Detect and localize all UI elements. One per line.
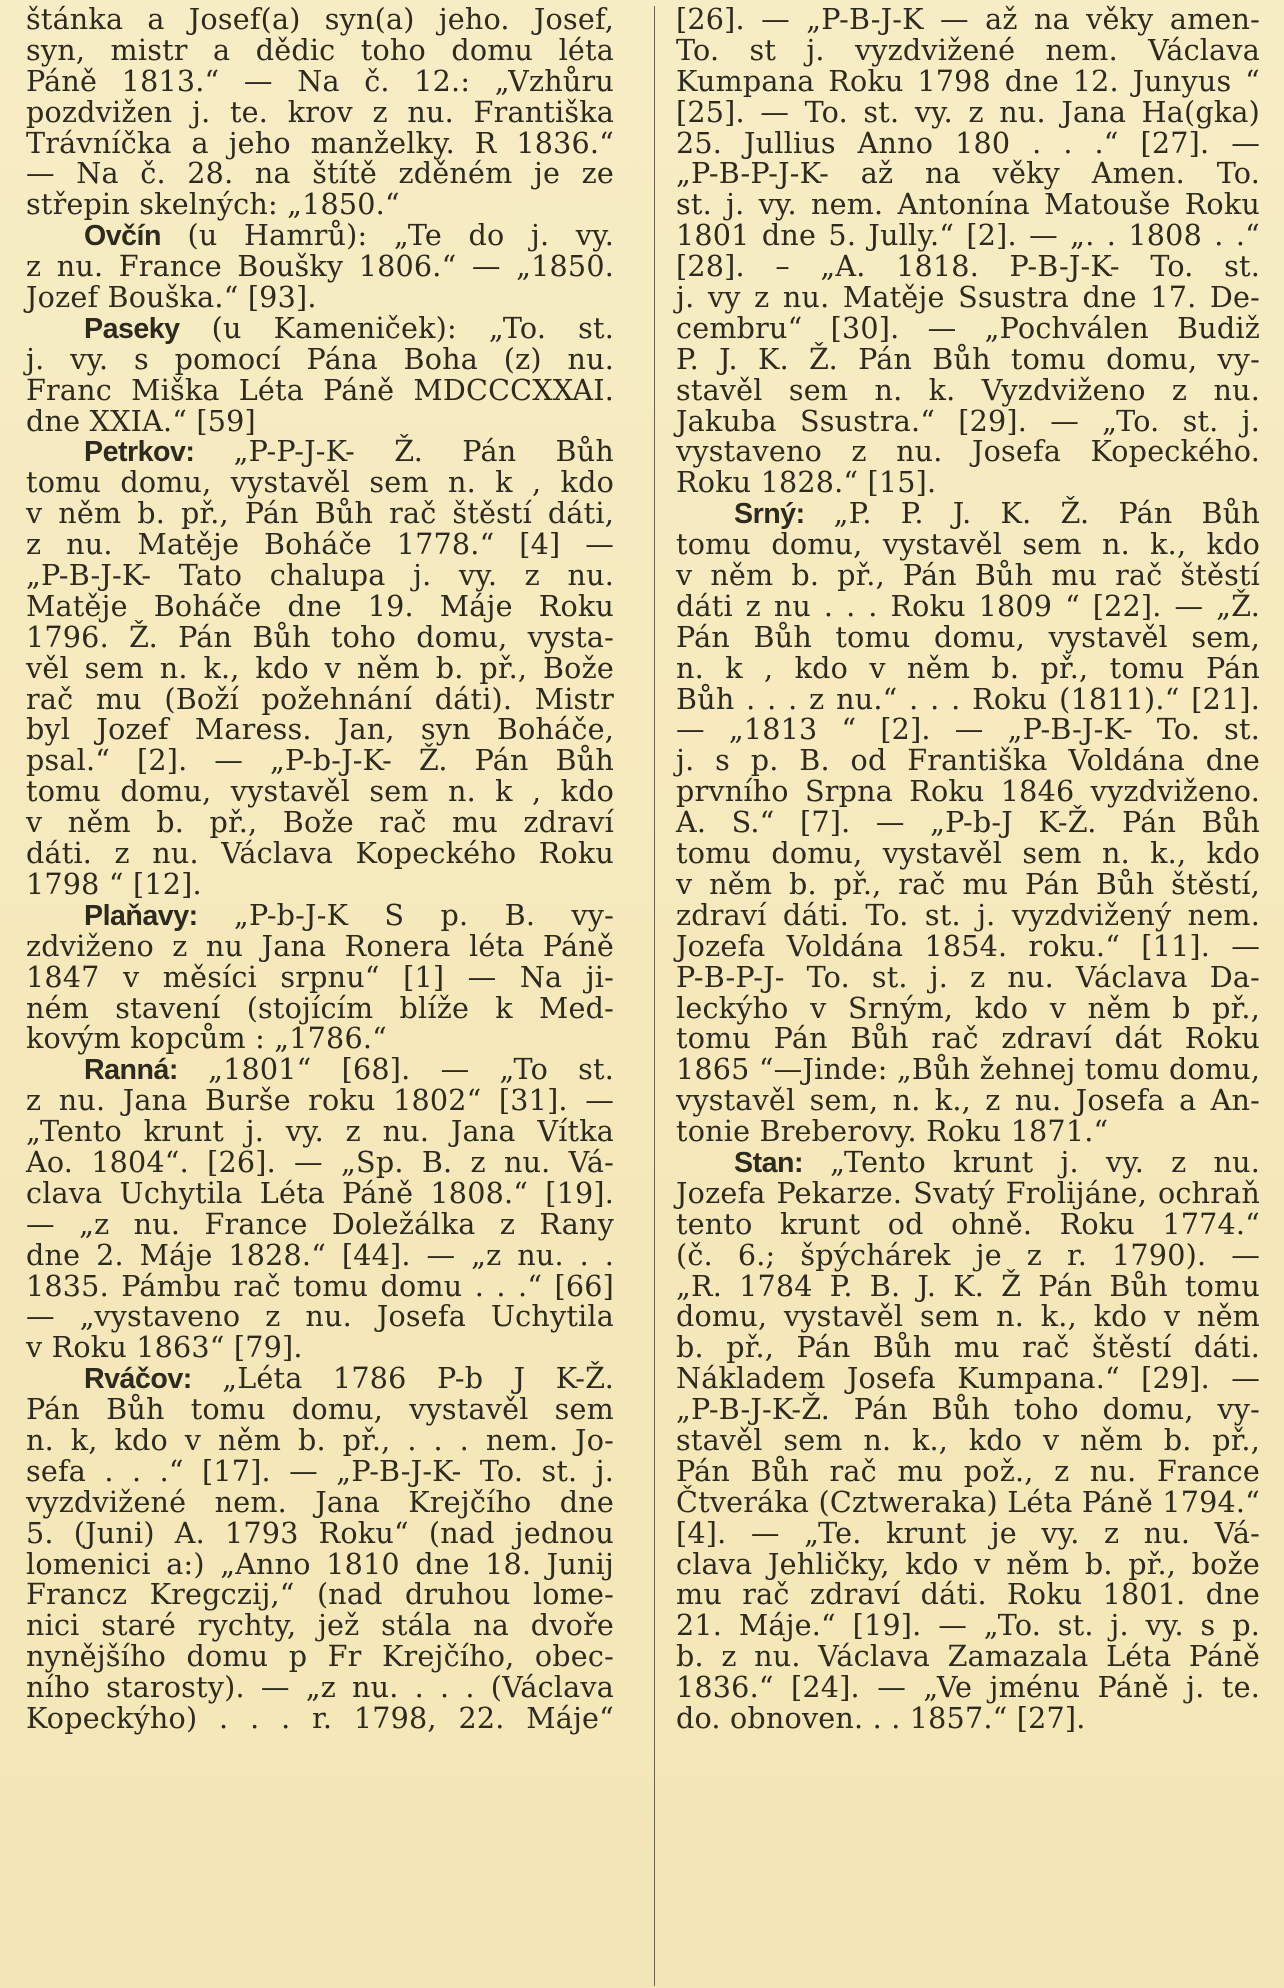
text-line: dáti z nu . . . Roku 1809 “ [22]. — „Ž. (676, 591, 1260, 622)
text-line: zdviženo z nu Jana Ronera léta Páně (26, 931, 614, 962)
line-text: b. z nu. Václava Zamazala Léta Páně (676, 1639, 1260, 1673)
text-line: kovým kopcům : „1786.“ (26, 1023, 614, 1054)
section-heading-line: Srný: „P. P. J. K. Ž. Pán Bůh (676, 498, 1260, 529)
line-text: Kopeckýho) . . . r. 1798, 22. Máje“ (26, 1701, 614, 1735)
line-text: Pán Bůh tomu domu, vystavěl sem (26, 1392, 614, 1426)
text-line: n. k , kdo v něm b. př., tomu Pán (676, 653, 1260, 684)
text-line: v něm b. př., Bože rač mu zdraví (26, 807, 614, 838)
text-line: 1801 dne 5. Jully.“ [2]. — „. . 1808 . .… (676, 220, 1260, 251)
text-line: Pán Bůh rač mu pož., z nu. France (676, 1456, 1260, 1487)
line-text: zdviženo z nu Jana Ronera léta Páně (26, 929, 614, 963)
line-text: (č. 6.; špýchárek je z r. 1790). — (676, 1238, 1260, 1272)
text-line: cembru“ [30]. — „Pochválen Budiž (676, 313, 1260, 344)
text-line: nynějšího domu p Fr Krejčího, obec- (26, 1641, 614, 1672)
line-text: 1801 dne 5. Jully.“ [2]. — „. . 1808 . .… (676, 218, 1260, 252)
line-text: „Léta 1786 P-b J K-Ž. (192, 1361, 614, 1395)
line-text: Franc Miška Léta Páně MDCCCXXAI. (26, 373, 614, 407)
text-line: stavěl sem n. k. Vyzdviženo z nu. (676, 375, 1260, 406)
text-line: — „1813 “ [2]. — „P-B-J-K- To. st. (676, 714, 1260, 745)
line-text: Ao. 1804“. [26]. — „Sp. B. z nu. Vá- (26, 1145, 614, 1179)
text-line: „P-B-J-K- Tato chalupa j. vy. z nu. (26, 560, 614, 591)
line-text: tomu domu, vystavěl sem n. k., kdo (676, 527, 1260, 561)
section-heading-line: Ranná: „1801“ [68]. — „To st. (26, 1054, 614, 1085)
text-line: dáti. z nu. Václava Kopeckého Roku (26, 838, 614, 869)
line-text: j. vy. s pomocí Pána Boha (z) nu. (26, 342, 614, 376)
text-line: štánka a Josef(a) syn(a) jeho. Josef, (26, 4, 614, 35)
text-line: (č. 6.; špýchárek je z r. 1790). — (676, 1240, 1260, 1271)
place-name-keyword: Rváčov: (84, 1363, 192, 1395)
text-line: j. vy z nu. Matěje Ssustra dne 17. De- (676, 282, 1260, 313)
text-line: Jozef Bouška.“ [93]. (26, 282, 614, 313)
line-text: tento krunt od ohně. Roku 1774.“ (676, 1207, 1260, 1241)
line-text: 1836.“ [24]. — „Ve jménu Páně j. te. (676, 1670, 1260, 1704)
line-text: z nu. Jana Burše roku 1802“ [31]. — (26, 1083, 614, 1117)
line-text: z nu. France Boušky 1806.“ — „1850. (26, 249, 614, 283)
line-text: 25. Jullius Anno 180 . . .“ [27]. — (676, 126, 1260, 160)
line-text: 1847 v měsíci srpnu“ [1] — Na ji- (26, 960, 614, 994)
text-line: 25. Jullius Anno 180 . . .“ [27]. — (676, 128, 1260, 159)
line-text: 21. Máje.“ [19]. — „To. st. j. vy. s p. (676, 1608, 1260, 1642)
line-text: — „1813 “ [2]. — „P-B-J-K- To. st. (676, 712, 1260, 746)
line-text: sefa . . .“ [17]. — „P-B-J-K- To. st. j. (26, 1454, 614, 1488)
line-text: „R. 1784 P. B. J. K. Ž Pán Bůh tomu (676, 1269, 1260, 1303)
text-line: dne XXIA.“ [59] (26, 406, 614, 437)
document-page: štánka a Josef(a) syn(a) jeho. Josef,syn… (0, 0, 1284, 1988)
section-heading-line: Ovčín (u Hamrů): „Te do j. vy. (26, 220, 614, 251)
text-column-left: štánka a Josef(a) syn(a) jeho. Josef,syn… (26, 4, 614, 1734)
line-text: Francz Kregczij,“ (nad druhou lome- (26, 1577, 614, 1611)
text-line: Kopeckýho) . . . r. 1798, 22. Máje“ (26, 1703, 614, 1734)
text-line: ném stavení (stojícím blíže k Med- (26, 993, 614, 1024)
text-line: 1796. Ž. Pán Bůh toho domu, vysta- (26, 622, 614, 653)
text-line: clava Uchytila Léta Páně 1808.“ [19]. (26, 1178, 614, 1209)
line-text: dne 2. Máje 1828.“ [44]. — „z nu. . . (26, 1238, 614, 1272)
line-text: Kumpana Roku 1798 dne 12. Junyus “ (676, 64, 1260, 98)
text-line: zdraví dáti. To. st. j. vyzdvižený nem. (676, 900, 1260, 931)
line-text: rač mu (Boží požehnání dáti). Mistr (26, 682, 614, 716)
text-line: P-B-P-J- To. st. j. z nu. Václava Da- (676, 962, 1260, 993)
line-text: dáti z nu . . . Roku 1809 “ [22]. — „Ž. (676, 589, 1260, 623)
text-line: tomu Pán Bůh rač zdraví dát Roku (676, 1023, 1260, 1054)
text-line: Ao. 1804“. [26]. — „Sp. B. z nu. Vá- (26, 1147, 614, 1178)
line-text: — Na č. 28. na štítě zděném je ze (26, 156, 614, 190)
line-text: v něm b. př., Bože rač mu zdraví (26, 805, 614, 839)
text-line: j. vy. s pomocí Pána Boha (z) nu. (26, 344, 614, 375)
text-line: — Na č. 28. na štítě zděném je ze (26, 158, 614, 189)
line-text: Jakuba Ssustra.“ [29]. — „To. st. j. (676, 404, 1260, 438)
text-line: prvního Srpna Roku 1846 vyzdviženo. (676, 776, 1260, 807)
section-heading-line: Paseky (u Kameniček): „To. st. (26, 313, 614, 344)
place-name-keyword: Plaňavy: (84, 900, 198, 932)
text-line: Nákladem Josefa Kumpana.“ [29]. — (676, 1363, 1260, 1394)
line-text: 1796. Ž. Pán Bůh toho domu, vysta- (26, 620, 614, 654)
line-text: „P-B-J-K-Ž. Pán Bůh toho domu, vy- (676, 1392, 1260, 1426)
line-text: syn, mistr a dědic toho domu léta (26, 33, 614, 67)
text-line: Trávníčka a jeho manželky. R 1836.“ (26, 128, 614, 159)
text-line: st. j. vy. nem. Antonína Matouše Roku (676, 189, 1260, 220)
line-text: [25]. — To. st. vy. z nu. Jana Ha(gka) (676, 95, 1260, 129)
line-text: tonie Breberovy. Roku 1871.“ (676, 1114, 1108, 1148)
text-line: [4]. — „Te. krunt je vy. z nu. Vá- (676, 1518, 1260, 1549)
text-line: Bůh . . . z nu.“ . . . Roku (1811).“ [21… (676, 684, 1260, 715)
text-line: v něm b. př., Pán Bůh mu rač štěstí (676, 560, 1260, 591)
text-line: To. st j. vyzdvižené nem. Václava (676, 35, 1260, 66)
line-text: Jozef Bouška.“ [93]. (26, 280, 317, 314)
line-text: věl sem n. k., kdo v něm b. př., Bože (26, 651, 614, 685)
line-text: Čtveráka (Cztweraka) Léta Páně 1794.“ (676, 1485, 1260, 1519)
text-line: střepin skelných: „1850.“ (26, 189, 614, 220)
line-text: do. obnoven. . . 1857.“ [27]. (676, 1701, 1086, 1735)
text-line: v Roku 1863“ [79]. (26, 1332, 614, 1363)
line-text: tomu domu, vystavěl sem n. k , kdo (26, 774, 614, 808)
line-text: domu, vystavěl sem n. k., kdo v něm (676, 1299, 1260, 1333)
text-line: lomenici a:) „Anno 1810 dne 18. Junij (26, 1549, 614, 1580)
line-text: „Tento krunt j. vy. z nu. Jana Vítka (26, 1114, 614, 1148)
line-text: 1798 “ [12]. (26, 867, 202, 901)
text-line: vyzdvižené nem. Jana Krejčího dne (26, 1487, 614, 1518)
line-text: „P-P-J-K- Ž. Pán Bůh (194, 434, 614, 468)
line-text: psal.“ [2]. — „P-b-J-K- Ž. Pán Bůh (26, 743, 614, 777)
section-heading-line: Rváčov: „Léta 1786 P-b J K-Ž. (26, 1363, 614, 1394)
line-text: 5. (Juni) A. 1793 Roku“ (nad jednou (26, 1516, 614, 1550)
place-name-keyword: Ovčín (84, 220, 161, 252)
line-text: A. S.“ [7]. — „P-b-J K-Ž. Pán Bůh (676, 805, 1260, 839)
line-text: zdraví dáti. To. st. j. vyzdvižený nem. (676, 898, 1260, 932)
line-text: tomu Pán Bůh rač zdraví dát Roku (676, 1021, 1260, 1055)
place-name-keyword: Paseky (84, 313, 180, 345)
line-text: vystavěl sem, n. k., z nu. Josefa a An- (676, 1083, 1260, 1117)
line-text: P-B-P-J- To. st. j. z nu. Václava Da- (676, 960, 1260, 994)
text-line: z nu. Matěje Boháče 1778.“ [4] — (26, 529, 614, 560)
text-line: z nu. France Boušky 1806.“ — „1850. (26, 251, 614, 282)
text-line: vystaveno z nu. Josefa Kopeckého. (676, 436, 1260, 467)
line-text: stavěl sem n. k. Vyzdviženo z nu. (676, 373, 1260, 407)
line-text: tomu domu, vystavěl sem n. k., kdo (676, 836, 1260, 870)
text-line: tomu domu, vystavěl sem n. k , kdo (26, 467, 614, 498)
line-text: vyzdvižené nem. Jana Krejčího dne (26, 1485, 614, 1519)
text-line: j. s p. B. od Františka Voldána dne (676, 745, 1260, 776)
text-line: 1836.“ [24]. — „Ve jménu Páně j. te. (676, 1672, 1260, 1703)
text-line: clava Jehličky, kdo v něm b. př., bože (676, 1549, 1260, 1580)
line-text: „1801“ [68]. — „To st. (178, 1052, 614, 1086)
text-line: nici staré rychty, jež stála na dvoře (26, 1610, 614, 1641)
place-name-keyword: Stan: (734, 1147, 803, 1179)
line-text: Bůh . . . z nu.“ . . . Roku (1811).“ [21… (676, 682, 1260, 716)
text-line: Matěje Boháče dne 19. Máje Roku (26, 591, 614, 622)
line-text: n. k , kdo v něm b. př., tomu Pán (676, 651, 1260, 685)
line-text: prvního Srpna Roku 1846 vyzdviženo. (676, 774, 1260, 808)
line-text: [28]. – „A. 1818. P-B-J-K- To. st. (676, 249, 1260, 283)
text-line: Kumpana Roku 1798 dne 12. Junyus “ (676, 66, 1260, 97)
text-line: Jakuba Ssustra.“ [29]. — „To. st. j. (676, 406, 1260, 437)
text-line: 1847 v měsíci srpnu“ [1] — Na ji- (26, 962, 614, 993)
line-text: [26]. — „P-B-J-K — až na věky amen- (676, 2, 1260, 36)
text-line: vystavěl sem, n. k., z nu. Josefa a An- (676, 1085, 1260, 1116)
line-text: Trávníčka a jeho manželky. R 1836.“ (26, 126, 614, 160)
line-text: Jozefa Voldána 1854. roku.“ [11]. — (676, 929, 1260, 963)
line-text: ném stavení (stojícím blíže k Med- (26, 991, 614, 1025)
section-heading-line: Stan: „Tento krunt j. vy. z nu. (676, 1147, 1260, 1178)
text-line: v něm b. př., rač mu Pán Bůh štěstí, (676, 869, 1260, 900)
line-text: leckýho v Srným, kdo v něm b př., (676, 991, 1260, 1025)
section-heading-line: Petrkov: „P-P-J-K- Ž. Pán Bůh (26, 436, 614, 467)
text-line: tomu domu, vystavěl sem n. k., kdo (676, 529, 1260, 560)
text-line: „P-B-P-J-K- až na věky Amen. To. (676, 158, 1260, 189)
text-line: b. př., Pán Bůh mu rač štěstí dáti. (676, 1332, 1260, 1363)
line-text: P. J. K. Ž. Pán Bůh tomu domu, vy- (676, 342, 1260, 376)
line-text: nici staré rychty, jež stála na dvoře (26, 1608, 614, 1642)
line-text: v Roku 1863“ [79]. (26, 1330, 303, 1364)
line-text: clava Jehličky, kdo v něm b. př., bože (676, 1547, 1260, 1581)
line-text: lomenici a:) „Anno 1810 dne 18. Junij (26, 1547, 614, 1581)
line-text: Pán Bůh rač mu pož., z nu. France (676, 1454, 1260, 1488)
text-line: tonie Breberovy. Roku 1871.“ (676, 1116, 1260, 1147)
text-line: Francz Kregczij,“ (nad druhou lome- (26, 1579, 614, 1610)
line-text: clava Uchytila Léta Páně 1808.“ [19]. (26, 1176, 614, 1210)
text-line: domu, vystavěl sem n. k., kdo v něm (676, 1301, 1260, 1332)
text-line: leckýho v Srným, kdo v něm b př., (676, 993, 1260, 1024)
line-text: štánka a Josef(a) syn(a) jeho. Josef, (26, 2, 614, 36)
line-text: ního starosty). — „z nu. . . . (Václava (26, 1670, 614, 1704)
line-text: tomu domu, vystavěl sem n. k , kdo (26, 465, 614, 499)
text-line: pozdvižen j. te. krov z nu. Františka (26, 97, 614, 128)
line-text: v něm b. př., rač mu Pán Bůh štěstí, (676, 867, 1260, 901)
text-line: Jozefa Voldána 1854. roku.“ [11]. — (676, 931, 1260, 962)
place-name-keyword: Ranná: (84, 1054, 178, 1086)
text-line: z nu. Jana Burše roku 1802“ [31]. — (26, 1085, 614, 1116)
line-text: „P. P. J. K. Ž. Pán Bůh (805, 496, 1260, 530)
text-line: Páně 1813.“ — Na č. 12.: „Vzhůru (26, 66, 614, 97)
line-text: z nu. Matěje Boháče 1778.“ [4] — (26, 527, 614, 561)
line-text: stavěl sem n. k., kdo v něm b. př., (676, 1423, 1260, 1457)
text-line: v něm b. př., Pán Bůh rač štěstí dáti, (26, 498, 614, 529)
line-text: st. j. vy. nem. Antonína Matouše Roku (676, 187, 1260, 221)
line-text: Matěje Boháče dne 19. Máje Roku (26, 589, 614, 623)
text-line: Franc Miška Léta Páně MDCCCXXAI. (26, 375, 614, 406)
text-line: tomu domu, vystavěl sem n. k., kdo (676, 838, 1260, 869)
line-text: 1835. Pámbu rač tomu domu . . .“ [66] (26, 1269, 614, 1303)
line-text: v něm b. př., Pán Bůh mu rač štěstí (676, 558, 1260, 592)
text-line: stavěl sem n. k., kdo v něm b. př., (676, 1425, 1260, 1456)
line-text: n. k, kdo v něm b. př., . . . nem. Jo- (26, 1423, 614, 1457)
text-line: 21. Máje.“ [19]. — „To. st. j. vy. s p. (676, 1610, 1260, 1641)
line-text: dne XXIA.“ [59] (26, 404, 256, 438)
text-line: dne 2. Máje 1828.“ [44]. — „z nu. . . (26, 1240, 614, 1271)
text-line: 1798 “ [12]. (26, 869, 614, 900)
line-text: (u Hamrů): „Te do j. vy. (161, 218, 614, 252)
line-text: „P-B-J-K- Tato chalupa j. vy. z nu. (26, 558, 614, 592)
text-line: A. S.“ [7]. — „P-b-J K-Ž. Pán Bůh (676, 807, 1260, 838)
text-line: „P-B-J-K-Ž. Pán Bůh toho domu, vy- (676, 1394, 1260, 1425)
text-line: ního starosty). — „z nu. . . . (Václava (26, 1672, 614, 1703)
text-line: syn, mistr a dědic toho domu léta (26, 35, 614, 66)
line-text: j. vy z nu. Matěje Ssustra dne 17. De- (676, 280, 1260, 314)
line-text: „Tento krunt j. vy. z nu. (803, 1145, 1260, 1179)
text-line: psal.“ [2]. — „P-b-J-K- Ž. Pán Bůh (26, 745, 614, 776)
section-heading-line: Plaňavy: „P-b-J-K S p. B. vy- (26, 900, 614, 931)
text-line: tomu domu, vystavěl sem n. k , kdo (26, 776, 614, 807)
text-line: 5. (Juni) A. 1793 Roku“ (nad jednou (26, 1518, 614, 1549)
line-text: Nákladem Josefa Kumpana.“ [29]. — (676, 1361, 1260, 1395)
line-text: — „vystaveno z nu. Josefa Uchytila (26, 1299, 614, 1333)
text-line: „R. 1784 P. B. J. K. Ž Pán Bůh tomu (676, 1271, 1260, 1302)
line-text: j. s p. B. od Františka Voldána dne (676, 743, 1260, 777)
text-line: věl sem n. k., kdo v něm b. př., Bože (26, 653, 614, 684)
text-line: Jozefa Pekarze. Svatý Frolijáne, ochraň (676, 1178, 1260, 1209)
column-divider-rule (654, 6, 655, 1986)
line-text: byl Jozef Maress. Jan, syn Boháče, (26, 712, 614, 746)
text-line: — „z nu. France Doležálka z Rany (26, 1209, 614, 1240)
text-line: — „vystaveno z nu. Josefa Uchytila (26, 1301, 614, 1332)
text-line: sefa . . .“ [17]. — „P-B-J-K- To. st. j. (26, 1456, 614, 1487)
line-text: Jozefa Pekarze. Svatý Frolijáne, ochraň (676, 1176, 1260, 1210)
line-text: To. st j. vyzdvižené nem. Václava (676, 33, 1260, 67)
text-line: tento krunt od ohně. Roku 1774.“ (676, 1209, 1260, 1240)
text-line: „Tento krunt j. vy. z nu. Jana Vítka (26, 1116, 614, 1147)
line-text: — „z nu. France Doležálka z Rany (26, 1207, 614, 1241)
line-text: v něm b. př., Pán Bůh rač štěstí dáti, (26, 496, 614, 530)
text-line: [26]. — „P-B-J-K — až na věky amen- (676, 4, 1260, 35)
text-line: 1865 “—Jinde: „Bůh žehnej tomu domu, (676, 1054, 1260, 1085)
line-text: nynějšího domu p Fr Krejčího, obec- (26, 1639, 614, 1673)
line-text: Páně 1813.“ — Na č. 12.: „Vzhůru (26, 64, 614, 98)
line-text: 1865 “—Jinde: „Bůh žehnej tomu domu, (676, 1052, 1260, 1086)
text-line: [28]. – „A. 1818. P-B-J-K- To. st. (676, 251, 1260, 282)
line-text: kovým kopcům : „1786.“ (26, 1021, 387, 1055)
text-line: mu rač zdraví dáti. Roku 1801. dne (676, 1579, 1260, 1610)
text-line: do. obnoven. . . 1857.“ [27]. (676, 1703, 1260, 1734)
text-line: P. J. K. Ž. Pán Bůh tomu domu, vy- (676, 344, 1260, 375)
text-line: Čtveráka (Cztweraka) Léta Páně 1794.“ (676, 1487, 1260, 1518)
line-text: b. př., Pán Bůh mu rač štěstí dáti. (676, 1330, 1260, 1364)
text-line: Roku 1828.“ [15]. (676, 467, 1260, 498)
text-line: rač mu (Boží požehnání dáti). Mistr (26, 684, 614, 715)
line-text: dáti. z nu. Václava Kopeckého Roku (26, 836, 614, 870)
text-line: Pán Bůh tomu domu, vystavěl sem (26, 1394, 614, 1425)
text-line: 1835. Pámbu rač tomu domu . . .“ [66] (26, 1271, 614, 1302)
line-text: Pán Bůh tomu domu, vystavěl sem, (676, 620, 1260, 654)
line-text: vystaveno z nu. Josefa Kopeckého. (676, 434, 1260, 468)
text-line: [25]. — To. st. vy. z nu. Jana Ha(gka) (676, 97, 1260, 128)
line-text: Roku 1828.“ [15]. (676, 465, 936, 499)
place-name-keyword: Petrkov: (84, 436, 194, 468)
line-text: pozdvižen j. te. krov z nu. Františka (26, 95, 614, 129)
text-line: b. z nu. Václava Zamazala Léta Páně (676, 1641, 1260, 1672)
text-line: Pán Bůh tomu domu, vystavěl sem, (676, 622, 1260, 653)
place-name-keyword: Srný: (734, 498, 805, 530)
text-line: n. k, kdo v něm b. př., . . . nem. Jo- (26, 1425, 614, 1456)
line-text: „P-B-P-J-K- až na věky Amen. To. (676, 156, 1260, 190)
line-text: [4]. — „Te. krunt je vy. z nu. Vá- (676, 1516, 1260, 1550)
text-column-right: [26]. — „P-B-J-K — až na věky amen-To. s… (676, 4, 1260, 1734)
line-text: (u Kameniček): „To. st. (180, 311, 614, 345)
text-line: byl Jozef Maress. Jan, syn Boháče, (26, 714, 614, 745)
line-text: střepin skelných: „1850.“ (26, 187, 400, 221)
line-text: „P-b-J-K S p. B. vy- (198, 898, 614, 932)
line-text: cembru“ [30]. — „Pochválen Budiž (676, 311, 1260, 345)
line-text: mu rač zdraví dáti. Roku 1801. dne (676, 1577, 1260, 1611)
